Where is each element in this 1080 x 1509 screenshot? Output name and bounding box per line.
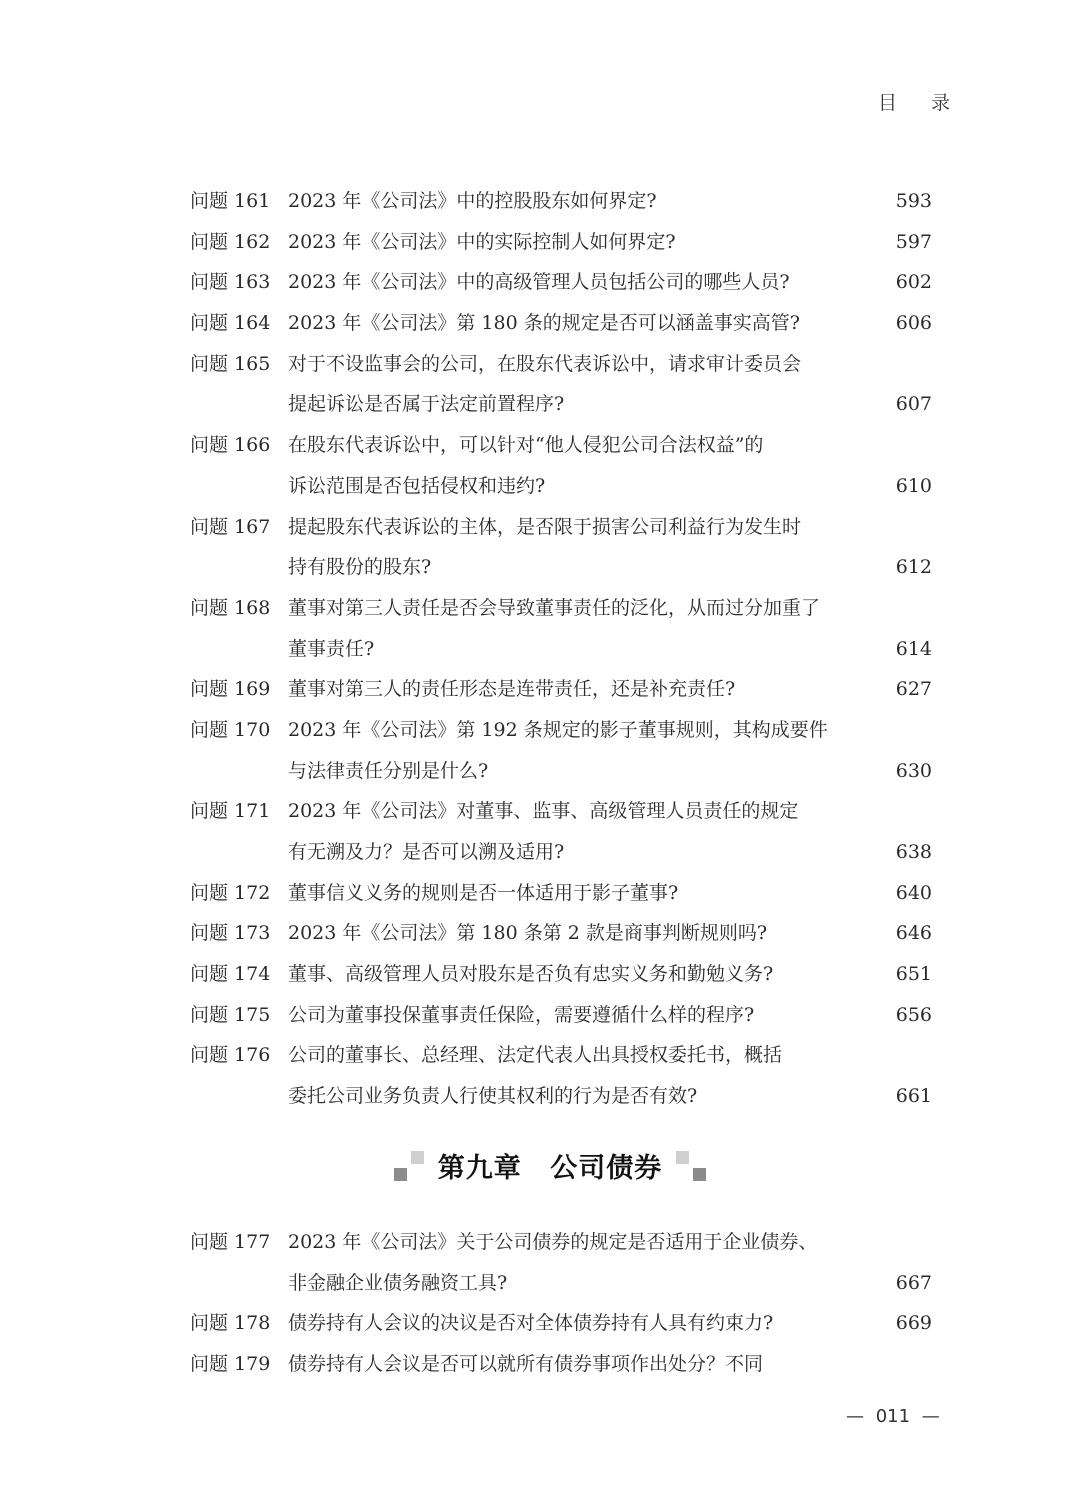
- toc-entry[interactable]: 问题 172董事信义义务的规则是否一体适用于影子董事?640: [190, 873, 932, 914]
- question-title: 董事对第三人的责任形态是连带责任，还是补充责任?: [288, 669, 735, 710]
- toc-entry[interactable]: 问题 174董事、高级管理人员对股东是否负有忠实义务和勤勉义务?651: [190, 954, 932, 995]
- page-reference: 593: [896, 181, 932, 222]
- toc-entry-line: 与法律责任分别是什么?630: [190, 751, 932, 792]
- toc-entry[interactable]: 问题 165对于不设监事会的公司，在股东代表诉讼中，请求审计委员会提起诉讼是否属…: [190, 344, 932, 425]
- question-title: 董事、高级管理人员对股东是否负有忠实义务和勤勉义务?: [288, 954, 773, 995]
- toc-entry-line: 问题 175公司为董事投保董事责任保险，需要遵循什么样的程序?656: [190, 995, 932, 1036]
- page-reference: 612: [896, 547, 932, 588]
- chapter-heading: 第九章 公司债券: [0, 1146, 1080, 1190]
- toc-entry[interactable]: 问题 1732023 年《公司法》第 180 条第 2 款是商事判断规则吗?64…: [190, 913, 932, 954]
- question-title: 债券持有人会议的决议是否对全体债券持有人具有约束力?: [288, 1303, 773, 1344]
- question-title: 诉讼范围是否包括侵权和违约?: [288, 466, 545, 507]
- toc-entry-line: 委托公司业务负责人行使其权利的行为是否有效?661: [190, 1076, 932, 1117]
- page-reference: 602: [896, 262, 932, 303]
- question-title: 2023 年《公司法》关于公司债券的规定是否适用于企业债券、: [288, 1222, 817, 1263]
- question-title: 提起股东代表诉讼的主体，是否限于损害公司利益行为发生时: [288, 507, 801, 548]
- page-reference: 627: [896, 669, 932, 710]
- toc-entry[interactable]: 问题 168董事对第三人责任是否会导致董事责任的泛化，从而过分加重了董事责任?6…: [190, 588, 932, 669]
- question-number: 问题 170: [190, 710, 288, 751]
- page-reference: 661: [896, 1076, 932, 1117]
- question-title: 公司为董事投保董事责任保险，需要遵循什么样的程序?: [288, 995, 754, 1036]
- question-title: 董事对第三人责任是否会导致董事责任的泛化，从而过分加重了: [288, 588, 820, 629]
- toc-entry[interactable]: 问题 1642023 年《公司法》第 180 条的规定是否可以涵盖事实高管?60…: [190, 303, 932, 344]
- toc-entry[interactable]: 问题 175公司为董事投保董事责任保险，需要遵循什么样的程序?656: [190, 995, 932, 1036]
- toc-entry[interactable]: 问题 1712023 年《公司法》对董事、监事、高级管理人员责任的规定有无溯及力…: [190, 791, 932, 872]
- toc-entry-line: 问题 1632023 年《公司法》中的高级管理人员包括公司的哪些人员?602: [190, 262, 932, 303]
- toc-entry[interactable]: 问题 179债券持有人会议是否可以就所有债券事项作出处分？不同: [190, 1344, 932, 1385]
- page-reference: 607: [896, 384, 932, 425]
- question-number: 问题 164: [190, 303, 288, 344]
- question-number: 问题 178: [190, 1303, 288, 1344]
- question-number: 问题 176: [190, 1035, 288, 1076]
- question-title: 委托公司业务负责人行使其权利的行为是否有效?: [288, 1076, 697, 1117]
- question-number: 问题 165: [190, 344, 288, 385]
- toc-entry[interactable]: 问题 1622023 年《公司法》中的实际控制人如何界定?597: [190, 222, 932, 263]
- page-reference: 630: [896, 751, 932, 792]
- question-number: 问题 171: [190, 791, 288, 832]
- toc-entry-line: 问题 1642023 年《公司法》第 180 条的规定是否可以涵盖事实高管?60…: [190, 303, 932, 344]
- toc-entry[interactable]: 问题 1702023 年《公司法》第 192 条规定的影子董事规则，其构成要件与…: [190, 710, 932, 791]
- question-title: 2023 年《公司法》中的实际控制人如何界定?: [288, 222, 676, 263]
- question-number: 问题 174: [190, 954, 288, 995]
- toc-entry-line: 问题 1712023 年《公司法》对董事、监事、高级管理人员责任的规定: [190, 791, 932, 832]
- toc-entry-line: 问题 178债券持有人会议的决议是否对全体债券持有人具有约束力?669: [190, 1303, 932, 1344]
- question-number: 问题 167: [190, 507, 288, 548]
- toc-entry-line: 问题 172董事信义义务的规则是否一体适用于影子董事?640: [190, 873, 932, 914]
- toc-entry-line: 问题 174董事、高级管理人员对股东是否负有忠实义务和勤勉义务?651: [190, 954, 932, 995]
- question-title: 持有股份的股东?: [288, 547, 431, 588]
- question-number: 问题 177: [190, 1222, 288, 1263]
- question-title: 2023 年《公司法》第 180 条的规定是否可以涵盖事实高管?: [288, 303, 800, 344]
- question-number: 问题 179: [190, 1344, 288, 1385]
- question-title: 提起诉讼是否属于法定前置程序?: [288, 384, 564, 425]
- question-title: 2023 年《公司法》对董事、监事、高级管理人员责任的规定: [288, 791, 798, 832]
- toc-entry-line: 问题 166在股东代表诉讼中，可以针对“他人侵犯公司合法权益”的: [190, 425, 932, 466]
- toc-entry-line: 问题 1732023 年《公司法》第 180 条第 2 款是商事判断规则吗?64…: [190, 913, 932, 954]
- page-reference: 651: [896, 954, 932, 995]
- toc-entry-line: 董事责任?614: [190, 629, 932, 670]
- page-reference: 667: [896, 1263, 932, 1304]
- page-reference: 669: [896, 1303, 932, 1344]
- toc-entry-line: 问题 179债券持有人会议是否可以就所有债券事项作出处分？不同: [190, 1344, 932, 1385]
- toc-entry-line: 问题 1622023 年《公司法》中的实际控制人如何界定?597: [190, 222, 932, 263]
- question-number: 问题 168: [190, 588, 288, 629]
- decorative-squares-right-icon: [676, 1151, 706, 1181]
- page-reference: 640: [896, 873, 932, 914]
- question-title: 债券持有人会议是否可以就所有债券事项作出处分？不同: [288, 1344, 763, 1385]
- question-number: 问题 169: [190, 669, 288, 710]
- question-title: 董事责任?: [288, 629, 374, 670]
- question-number: 问题 161: [190, 181, 288, 222]
- toc-entry-line: 问题 1612023 年《公司法》中的控股股东如何界定?593: [190, 181, 932, 222]
- page-reference: 610: [896, 466, 932, 507]
- question-title: 公司的董事长、总经理、法定代表人出具授权委托书，概括: [288, 1035, 782, 1076]
- toc-entry-line: 非金融企业债务融资工具?667: [190, 1263, 932, 1304]
- question-title: 2023 年《公司法》第 192 条规定的影子董事规则，其构成要件: [288, 710, 828, 751]
- toc-list-chapter-8: 问题 1612023 年《公司法》中的控股股东如何界定?593问题 162202…: [190, 181, 932, 1117]
- toc-entry[interactable]: 问题 167提起股东代表诉讼的主体，是否限于损害公司利益行为发生时持有股份的股东…: [190, 507, 932, 588]
- question-number: 问题 175: [190, 995, 288, 1036]
- toc-entry-line: 持有股份的股东?612: [190, 547, 932, 588]
- page-reference: 638: [896, 832, 932, 873]
- toc-entry-line: 问题 1772023 年《公司法》关于公司债券的规定是否适用于企业债券、: [190, 1222, 932, 1263]
- toc-entry[interactable]: 问题 1772023 年《公司法》关于公司债券的规定是否适用于企业债券、非金融企…: [190, 1222, 932, 1303]
- toc-entry-line: 诉讼范围是否包括侵权和违约?610: [190, 466, 932, 507]
- toc-entry-line: 问题 1702023 年《公司法》第 192 条规定的影子董事规则，其构成要件: [190, 710, 932, 751]
- running-head: 目 录: [878, 88, 964, 115]
- question-title: 对于不设监事会的公司，在股东代表诉讼中，请求审计委员会: [288, 344, 801, 385]
- toc-entry[interactable]: 问题 169董事对第三人的责任形态是连带责任，还是补充责任?627: [190, 669, 932, 710]
- page-reference: 606: [896, 303, 932, 344]
- toc-list-chapter-9: 问题 1772023 年《公司法》关于公司债券的规定是否适用于企业债券、非金融企…: [190, 1222, 932, 1385]
- toc-entry[interactable]: 问题 178债券持有人会议的决议是否对全体债券持有人具有约束力?669: [190, 1303, 932, 1344]
- toc-entry-line: 有无溯及力？是否可以溯及适用?638: [190, 832, 932, 873]
- question-title: 有无溯及力？是否可以溯及适用?: [288, 832, 564, 873]
- toc-entry[interactable]: 问题 1632023 年《公司法》中的高级管理人员包括公司的哪些人员?602: [190, 262, 932, 303]
- toc-entry-line: 提起诉讼是否属于法定前置程序?607: [190, 384, 932, 425]
- page-number: — 011 —: [846, 1406, 940, 1427]
- question-title: 2023 年《公司法》中的高级管理人员包括公司的哪些人员?: [288, 262, 790, 303]
- toc-entry[interactable]: 问题 1612023 年《公司法》中的控股股东如何界定?593: [190, 181, 932, 222]
- question-title: 与法律责任分别是什么?: [288, 751, 488, 792]
- toc-entry-line: 问题 176公司的董事长、总经理、法定代表人出具授权委托书，概括: [190, 1035, 932, 1076]
- toc-entry-line: 问题 168董事对第三人责任是否会导致董事责任的泛化，从而过分加重了: [190, 588, 932, 629]
- question-title: 2023 年《公司法》中的控股股东如何界定?: [288, 181, 657, 222]
- page-reference: 597: [896, 222, 932, 263]
- toc-entry-line: 问题 169董事对第三人的责任形态是连带责任，还是补充责任?627: [190, 669, 932, 710]
- toc-entry[interactable]: 问题 176公司的董事长、总经理、法定代表人出具授权委托书，概括委托公司业务负责…: [190, 1035, 932, 1116]
- question-number: 问题 173: [190, 913, 288, 954]
- question-title: 董事信义义务的规则是否一体适用于影子董事?: [288, 873, 678, 914]
- question-number: 问题 172: [190, 873, 288, 914]
- chapter-title: 第九章 公司债券: [438, 1146, 662, 1185]
- question-number: 问题 162: [190, 222, 288, 263]
- toc-entry-line: 问题 167提起股东代表诉讼的主体，是否限于损害公司利益行为发生时: [190, 507, 932, 548]
- question-number: 问题 166: [190, 425, 288, 466]
- page-reference: 646: [896, 913, 932, 954]
- question-title: 非金融企业债务融资工具?: [288, 1263, 507, 1304]
- toc-entry-line: 问题 165对于不设监事会的公司，在股东代表诉讼中，请求审计委员会: [190, 344, 932, 385]
- question-title: 在股东代表诉讼中，可以针对“他人侵犯公司合法权益”的: [288, 425, 763, 466]
- page-reference: 656: [896, 995, 932, 1036]
- decorative-squares-left-icon: [394, 1151, 424, 1181]
- question-number: 问题 163: [190, 262, 288, 303]
- question-title: 2023 年《公司法》第 180 条第 2 款是商事判断规则吗?: [288, 913, 767, 954]
- page-reference: 614: [896, 629, 932, 670]
- toc-entry[interactable]: 问题 166在股东代表诉讼中，可以针对“他人侵犯公司合法权益”的诉讼范围是否包括…: [190, 425, 932, 506]
